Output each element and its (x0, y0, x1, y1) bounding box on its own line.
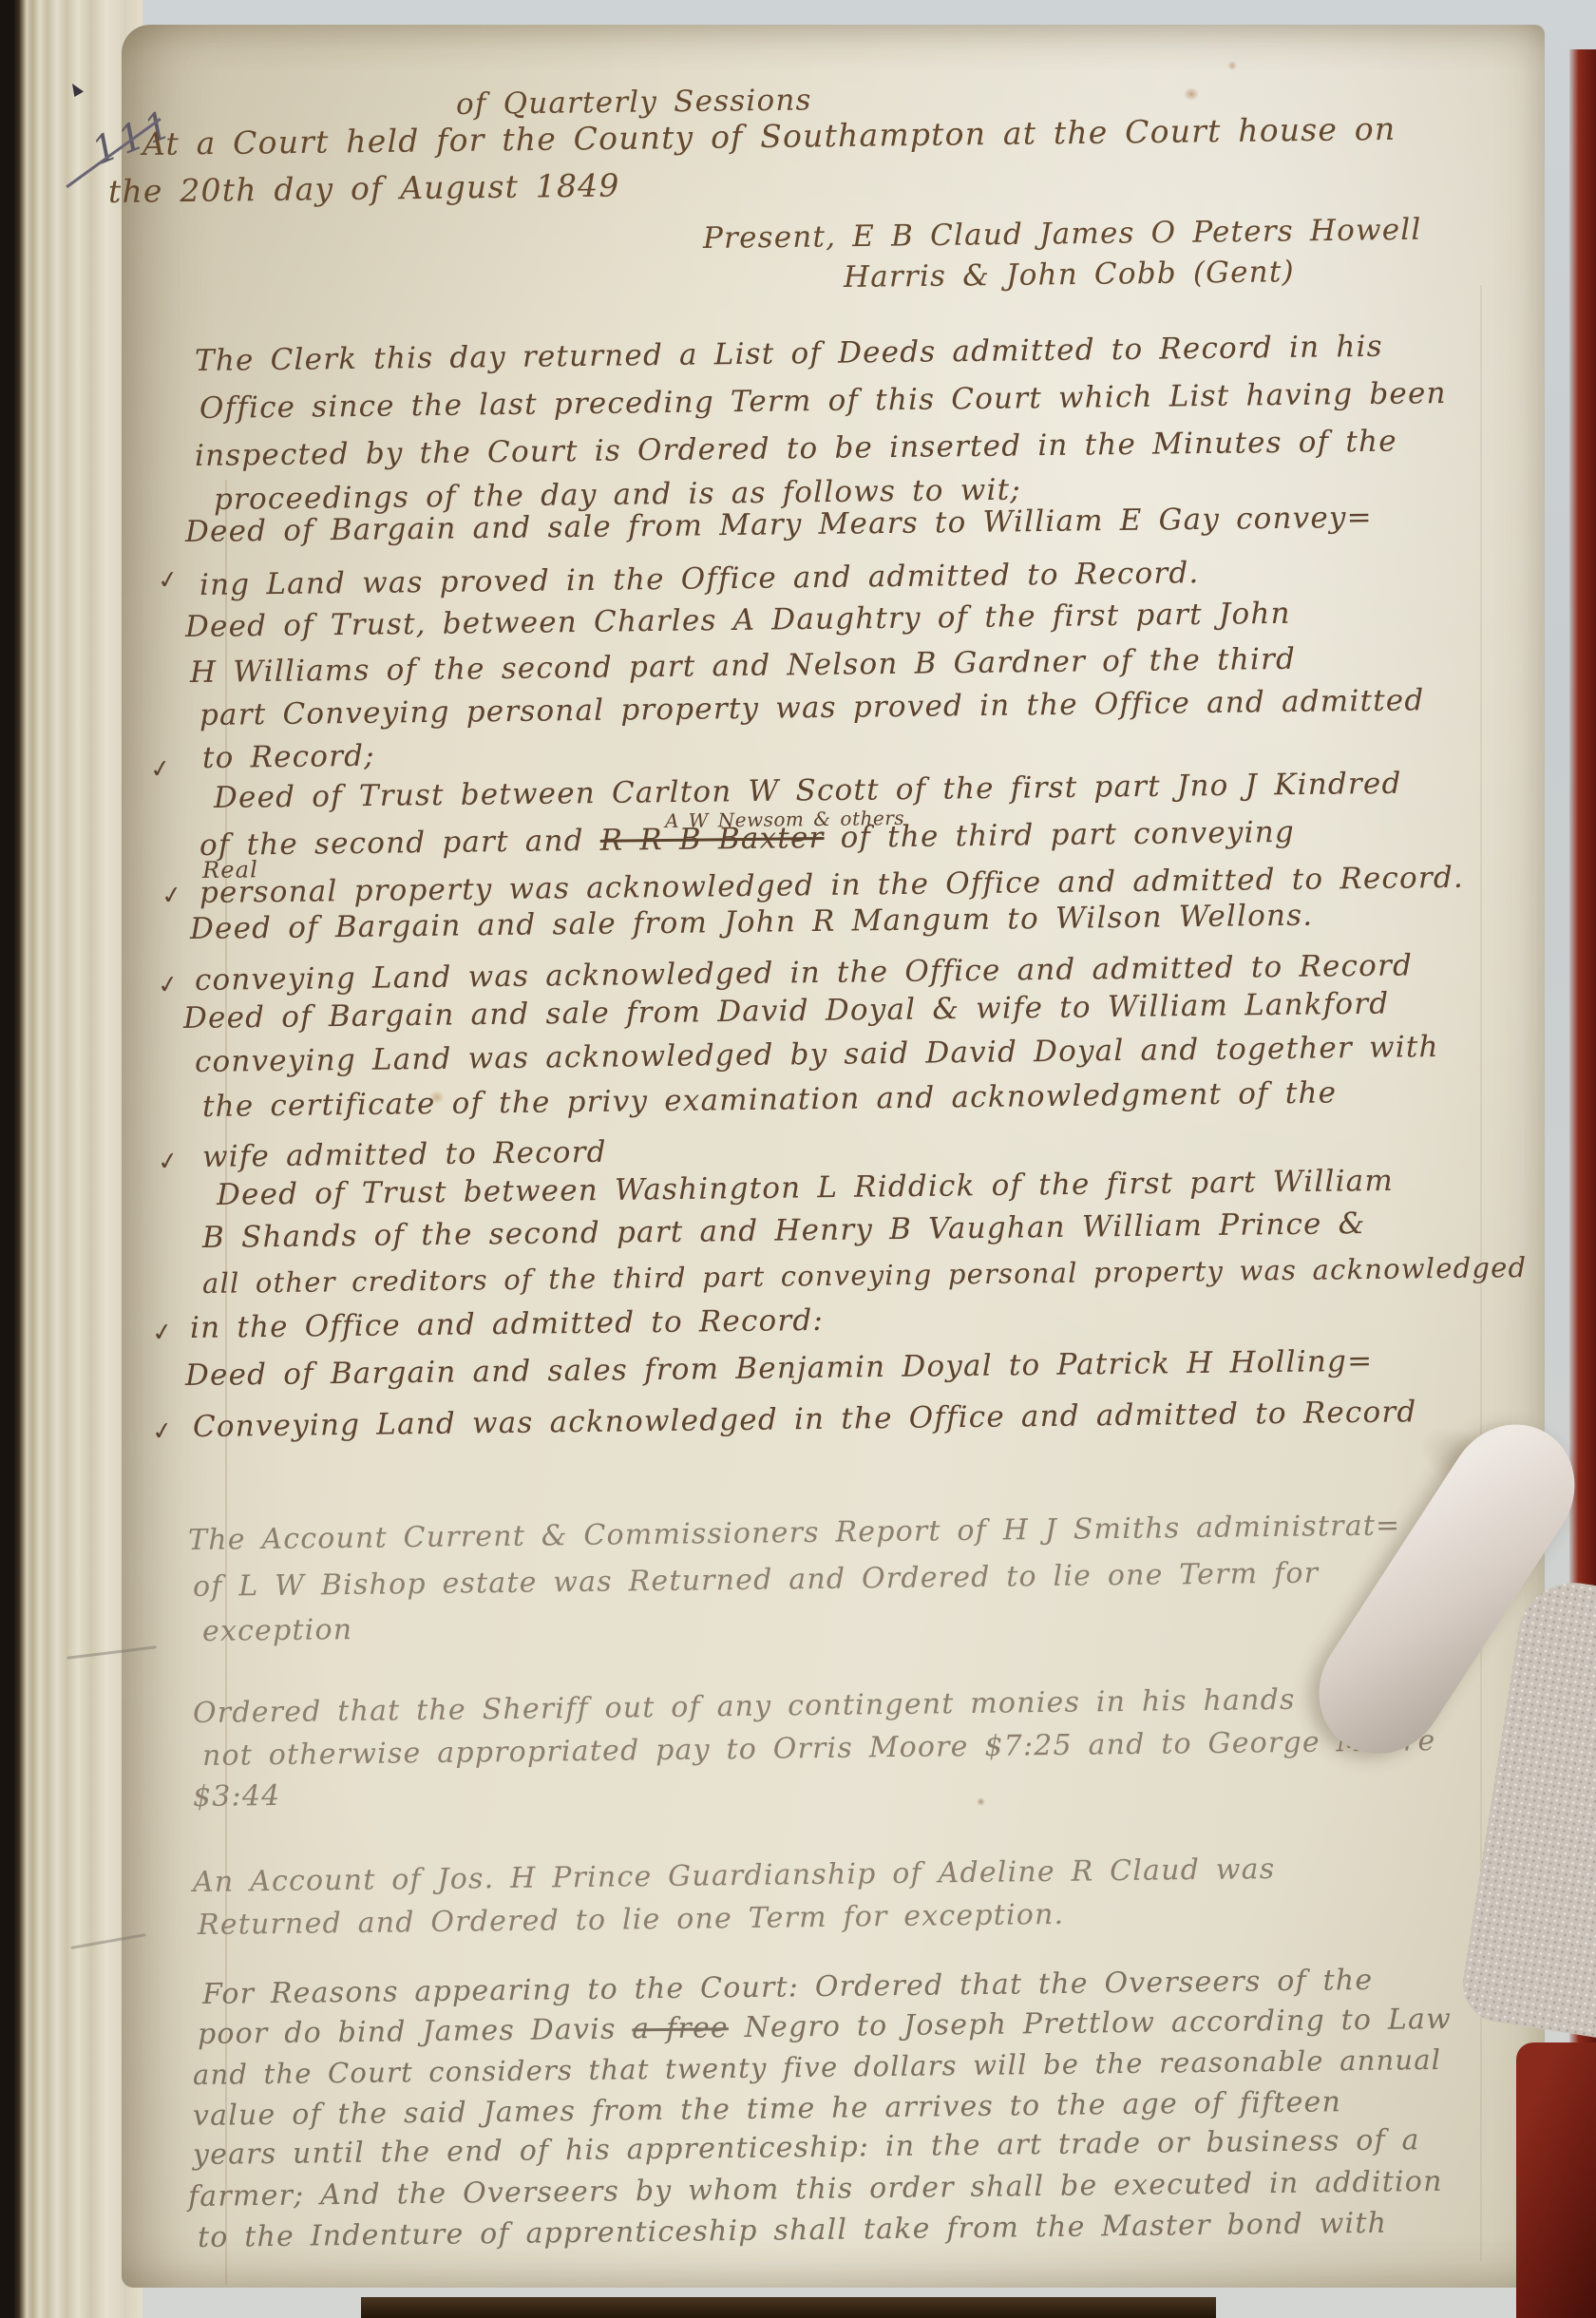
margin-checkmark: ✓ (160, 881, 184, 912)
margin-checkmark: ✓ (150, 1416, 175, 1448)
margin-checkmark: ✓ (156, 970, 180, 1001)
header-line-2: the 20th day of August 1849 (108, 166, 620, 210)
struck-text: a free (632, 2011, 729, 2045)
gloved-hand (1417, 1357, 1596, 1984)
deed-line: wife admitted to Record (202, 1135, 607, 1174)
deed-text: of the second part and (199, 824, 600, 863)
table-edge (361, 2297, 1216, 2318)
margin-checkmark: ✓ (156, 1147, 180, 1178)
sheriff-order-line: $3:44 (193, 1779, 281, 1814)
book-cover-corner (1516, 2042, 1596, 2318)
order-text: poor do bind James Davis (198, 2012, 633, 2051)
struck-text: R R B Baxter (600, 821, 825, 858)
margin-checkmark: ✓ (148, 754, 173, 786)
deed-text: of the third part conveying (824, 815, 1295, 855)
deed-line: to Record; (202, 739, 375, 775)
margin-checkmark: ✓ (150, 1318, 175, 1349)
present-line-2: Harris & John Cobb (Gent) (844, 255, 1295, 294)
fox-stain (977, 1797, 985, 1806)
account-report-line: exception (202, 1613, 353, 1648)
fox-stain (1184, 87, 1199, 101)
fox-stain (1227, 61, 1237, 70)
manuscript-photo: 111 of Quarterly Sessions At a Court hel… (0, 0, 1596, 2318)
header-session-interline: of Quarterly Sessions (456, 83, 812, 122)
margin-checkmark: ✓ (156, 565, 180, 597)
